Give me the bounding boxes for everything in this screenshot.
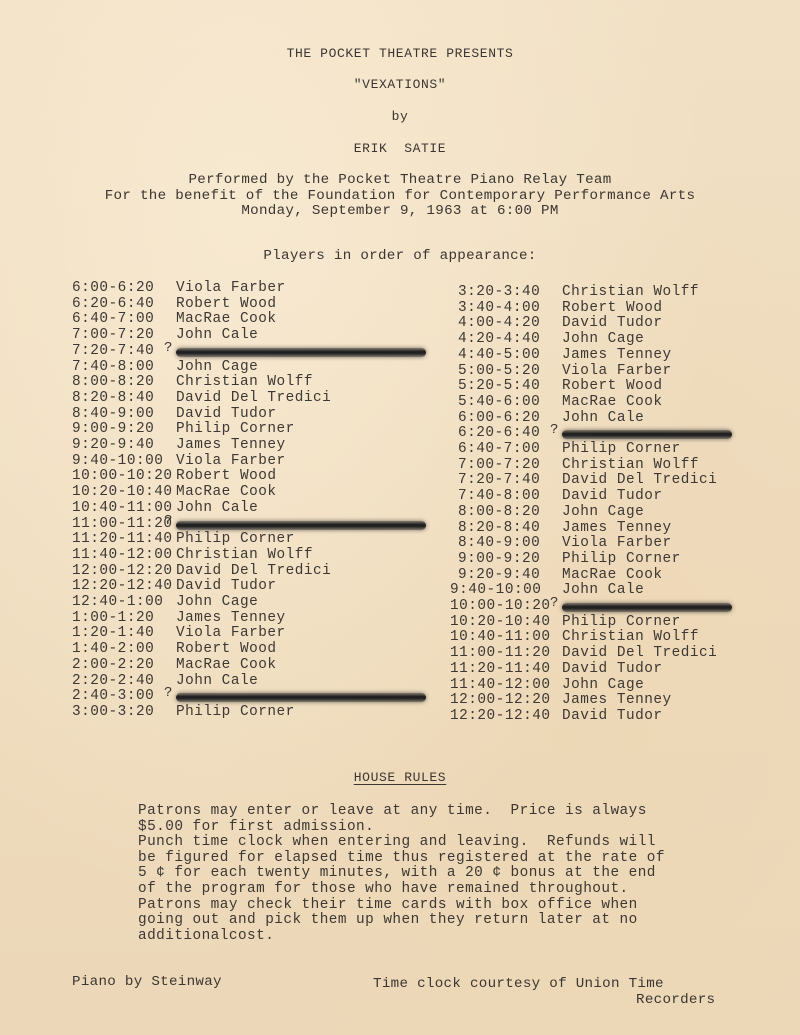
house-rule-line: Patrons may check their time cards with …: [138, 897, 638, 913]
time-slot: 5:00-5:20: [458, 363, 540, 379]
question-mark: ?: [164, 513, 173, 529]
player-name: MacRae Cook: [562, 394, 663, 410]
house-rule-line: going out and pick them up when they ret…: [138, 912, 638, 928]
player-name: David Tudor: [562, 315, 663, 331]
schedule-row: 9:00-9:20Philip Corner: [72, 421, 412, 437]
player-name: Christian Wolff: [562, 284, 699, 300]
time-slot: 9:00-9:20: [458, 551, 540, 567]
schedule-row: 9:20-9:40MacRae Cook: [450, 567, 790, 583]
time-slot: 3:20-3:40: [458, 284, 540, 300]
benefit-line: For the benefit of the Foundation for Co…: [0, 188, 800, 204]
player-name: Christian Wolff: [562, 629, 699, 645]
player-name: John Cage: [562, 331, 644, 347]
player-name: Viola Farber: [562, 535, 672, 551]
schedule-row: 12:40-1:00John Cage: [72, 594, 412, 610]
player-name: John Cale: [176, 673, 258, 689]
player-name: John Cage: [176, 594, 258, 610]
schedule-row: 11:00-11:20?: [72, 516, 412, 532]
player-name: David Del Tredici: [562, 472, 717, 488]
schedule-row: 2:40-3:00?: [72, 688, 412, 704]
player-name: John Cage: [562, 504, 644, 520]
time-slot: 11:00-11:20: [72, 516, 173, 532]
player-name: MacRae Cook: [562, 567, 663, 583]
players-heading: Players in order of appearance:: [0, 248, 800, 264]
schedule-row: 6:20-6:40Robert Wood: [72, 296, 412, 312]
time-slot: 6:00-6:20: [458, 410, 540, 426]
player-name: David Del Tredici: [176, 390, 331, 406]
schedule-row: 8:00-8:20John Cage: [450, 504, 790, 520]
time-slot: 9:40-10:00: [450, 582, 541, 598]
house-rule-line: additionalcost.: [138, 928, 274, 944]
time-slot: 10:00-10:20: [450, 598, 551, 614]
schedule-row: 5:40-6:00MacRae Cook: [450, 394, 790, 410]
question-mark: ?: [164, 685, 173, 701]
schedule-row: 10:40-11:00Christian Wolff: [450, 629, 790, 645]
time-slot: 6:00-6:20: [72, 280, 154, 296]
schedule-row: 8:20-8:40David Del Tredici: [72, 390, 412, 406]
schedule-row: 12:20-12:40David Tudor: [450, 708, 790, 724]
house-rule-line: be figured for elapsed time thus registe…: [138, 850, 665, 866]
time-slot: 8:40-9:00: [458, 535, 540, 551]
performed-by-line: Performed by the Pocket Theatre Piano Re…: [0, 172, 800, 188]
schedule-row: 7:40-8:00David Tudor: [450, 488, 790, 504]
schedule-row: 10:00-10:20?: [450, 598, 790, 614]
time-slot: 7:40-8:00: [72, 359, 154, 375]
redacted-name: [176, 348, 426, 357]
program-sheet: THE POCKET THEATRE PRESENTS "VEXATIONS" …: [0, 0, 800, 1035]
player-name: MacRae Cook: [176, 484, 277, 500]
schedule-row: 2:20-2:40John Cale: [72, 673, 412, 689]
schedule-row: 9:00-9:20Philip Corner: [450, 551, 790, 567]
time-slot: 10:20-10:40: [450, 614, 551, 630]
time-slot: 6:40-7:00: [458, 441, 540, 457]
time-clock-credit-line1: Time clock courtesy of Union Time: [373, 976, 664, 992]
player-name: James Tenney: [562, 692, 672, 708]
time-slot: 6:40-7:00: [72, 311, 154, 327]
time-slot: 4:20-4:40: [458, 331, 540, 347]
schedule-row: 6:00-6:20John Cale: [450, 410, 790, 426]
redacted-name: [562, 603, 732, 612]
time-slot: 2:20-2:40: [72, 673, 154, 689]
house-rule-line: Patrons may enter or leave at any time. …: [138, 803, 647, 819]
time-slot: 7:20-7:40: [72, 343, 154, 359]
player-name: James Tenney: [562, 520, 672, 536]
time-slot: 11:40-12:00: [72, 547, 173, 563]
schedule-row: 8:40-9:00David Tudor: [72, 406, 412, 422]
presenter-line: THE POCKET THEATRE PRESENTS: [0, 46, 800, 61]
question-mark: ?: [164, 340, 173, 356]
house-rule-line: Punch time clock when entering and leavi…: [138, 834, 656, 850]
schedule-row: 11:40-12:00Christian Wolff: [72, 547, 412, 563]
schedule-row: 6:20-6:40?: [450, 425, 790, 441]
schedule-row: 10:40-11:00John Cale: [72, 500, 412, 516]
schedule-row: 9:40-10:00Viola Farber: [72, 453, 412, 469]
schedule-row: 10:20-10:40MacRae Cook: [72, 484, 412, 500]
player-name: Christian Wolff: [176, 547, 313, 563]
time-slot: 6:20-6:40: [458, 425, 540, 441]
player-name: Robert Wood: [176, 641, 277, 657]
question-mark: ?: [550, 595, 559, 611]
schedule-row: 7:00-7:20John Cale: [72, 327, 412, 343]
player-name: David Del Tredici: [176, 563, 331, 579]
question-mark: ?: [550, 422, 559, 438]
schedule-row: 12:00-12:20James Tenney: [450, 692, 790, 708]
player-name: David Tudor: [176, 578, 277, 594]
time-slot: 8:20-8:40: [72, 390, 154, 406]
time-slot: 7:00-7:20: [458, 457, 540, 473]
schedule-row: 4:20-4:40John Cage: [450, 331, 790, 347]
time-slot: 9:20-9:40: [72, 437, 154, 453]
time-slot: 2:40-3:00: [72, 688, 154, 704]
work-title: "VEXATIONS": [0, 77, 800, 92]
time-slot: 12:20-12:40: [72, 578, 173, 594]
time-slot: 8:20-8:40: [458, 520, 540, 536]
player-name: John Cage: [562, 677, 644, 693]
house-rule-line: $5.00 for first admission.: [138, 819, 374, 835]
schedule-row: 3:00-3:20Philip Corner: [72, 704, 412, 720]
player-name: John Cale: [176, 500, 258, 516]
schedule-row: 7:20-7:40?: [72, 343, 412, 359]
schedule-row: 4:40-5:00James Tenney: [450, 347, 790, 363]
schedule-row: 3:40-4:00Robert Wood: [450, 300, 790, 316]
player-name: Robert Wood: [176, 296, 277, 312]
time-slot: 1:00-1:20: [72, 610, 154, 626]
schedule-row: 8:40-9:00Viola Farber: [450, 535, 790, 551]
player-name: James Tenney: [176, 437, 286, 453]
player-name: Robert Wood: [562, 300, 663, 316]
schedule-row: 3:20-3:40Christian Wolff: [450, 284, 790, 300]
schedule-row: 7:20-7:40David Del Tredici: [450, 472, 790, 488]
schedule-row: 1:00-1:20James Tenney: [72, 610, 412, 626]
time-clock-credit-line2: Recorders: [636, 992, 715, 1008]
player-name: David Tudor: [562, 661, 663, 677]
player-name: Philip Corner: [176, 704, 295, 720]
time-slot: 10:40-11:00: [72, 500, 173, 516]
time-slot: 4:40-5:00: [458, 347, 540, 363]
schedule-row: 8:20-8:40James Tenney: [450, 520, 790, 536]
time-slot: 6:20-6:40: [72, 296, 154, 312]
player-name: Philip Corner: [562, 551, 681, 567]
time-slot: 2:00-2:20: [72, 657, 154, 673]
player-name: James Tenney: [176, 610, 286, 626]
schedule-row: 7:40-8:00John Cage: [72, 359, 412, 375]
schedule-row: 1:20-1:40Viola Farber: [72, 625, 412, 641]
player-name: David Tudor: [562, 488, 663, 504]
time-slot: 8:00-8:20: [458, 504, 540, 520]
time-slot: 12:00-12:20: [450, 692, 551, 708]
player-name: John Cale: [176, 327, 258, 343]
time-slot: 11:20-11:40: [450, 661, 551, 677]
schedule-row: 11:20-11:40David Tudor: [450, 661, 790, 677]
player-name: Robert Wood: [176, 468, 277, 484]
player-name: Viola Farber: [176, 625, 286, 641]
house-rule-line: of the program for those who have remain…: [138, 881, 629, 897]
time-slot: 8:00-8:20: [72, 374, 154, 390]
time-slot: 11:40-12:00: [450, 677, 551, 693]
time-slot: 7:00-7:20: [72, 327, 154, 343]
schedule-row: 12:00-12:20David Del Tredici: [72, 563, 412, 579]
schedule-row: 7:00-7:20Christian Wolff: [450, 457, 790, 473]
by-line: by: [0, 109, 800, 124]
player-name: Viola Farber: [562, 363, 672, 379]
time-slot: 3:00-3:20: [72, 704, 154, 720]
time-slot: 12:40-1:00: [72, 594, 163, 610]
schedule-row: 2:00-2:20MacRae Cook: [72, 657, 412, 673]
schedule-row: 12:20-12:40David Tudor: [72, 578, 412, 594]
schedule-row: 5:00-5:20Viola Farber: [450, 363, 790, 379]
player-name: John Cale: [562, 410, 644, 426]
house-rules-title: HOUSE RULES: [0, 770, 800, 785]
player-name: Christian Wolff: [176, 374, 313, 390]
time-slot: 7:20-7:40: [458, 472, 540, 488]
schedule-row: 8:00-8:20Christian Wolff: [72, 374, 412, 390]
schedule-row: 6:40-7:00Philip Corner: [450, 441, 790, 457]
player-name: Christian Wolff: [562, 457, 699, 473]
time-slot: 12:20-12:40: [450, 708, 551, 724]
piano-credit: Piano by Steinway: [72, 974, 222, 990]
time-slot: 1:40-2:00: [72, 641, 154, 657]
player-name: John Cale: [562, 582, 644, 598]
player-name: Philip Corner: [562, 614, 681, 630]
schedule-row: 11:00-11:20David Del Tredici: [450, 645, 790, 661]
composer-name: ERIK SATIE: [0, 141, 800, 156]
time-slot: 10:40-11:00: [450, 629, 551, 645]
redacted-name: [176, 521, 426, 530]
time-slot: 5:20-5:40: [458, 378, 540, 394]
schedule-row: 9:40-10:00John Cale: [450, 582, 790, 598]
schedule-row: 11:20-11:40Philip Corner: [72, 531, 412, 547]
time-slot: 10:00-10:20: [72, 468, 173, 484]
schedule-row: 4:00-4:20David Tudor: [450, 315, 790, 331]
time-slot: 8:40-9:00: [72, 406, 154, 422]
house-rule-line: 5 ¢ for each twenty minutes, with a 20 ¢…: [138, 865, 656, 881]
schedule-row: 10:00-10:20Robert Wood: [72, 468, 412, 484]
time-slot: 3:40-4:00: [458, 300, 540, 316]
player-name: Philip Corner: [176, 421, 295, 437]
schedule-row: 6:00-6:20Viola Farber: [72, 280, 412, 296]
player-name: David Tudor: [562, 708, 663, 724]
date-line: Monday, September 9, 1963 at 6:00 PM: [0, 203, 800, 219]
time-slot: 9:20-9:40: [458, 567, 540, 583]
player-name: Robert Wood: [562, 378, 663, 394]
time-slot: 1:20-1:40: [72, 625, 154, 641]
time-slot: 7:40-8:00: [458, 488, 540, 504]
player-name: David Tudor: [176, 406, 277, 422]
time-slot: 12:00-12:20: [72, 563, 173, 579]
time-slot: 9:00-9:20: [72, 421, 154, 437]
schedule-row: 6:40-7:00MacRae Cook: [72, 311, 412, 327]
time-slot: 11:00-11:20: [450, 645, 551, 661]
player-name: MacRae Cook: [176, 311, 277, 327]
player-name: MacRae Cook: [176, 657, 277, 673]
player-name: Viola Farber: [176, 453, 286, 469]
player-name: John Cage: [176, 359, 258, 375]
time-slot: 9:40-10:00: [72, 453, 163, 469]
time-slot: 11:20-11:40: [72, 531, 173, 547]
player-name: Viola Farber: [176, 280, 286, 296]
schedule-row: 10:20-10:40Philip Corner: [450, 614, 790, 630]
player-name: Philip Corner: [562, 441, 681, 457]
schedule-row: 1:40-2:00Robert Wood: [72, 641, 412, 657]
schedule-row: 11:40-12:00John Cage: [450, 677, 790, 693]
time-slot: 4:00-4:20: [458, 315, 540, 331]
player-name: David Del Tredici: [562, 645, 717, 661]
redacted-name: [562, 430, 732, 439]
player-name: Philip Corner: [176, 531, 295, 547]
time-slot: 5:40-6:00: [458, 394, 540, 410]
time-slot: 10:20-10:40: [72, 484, 173, 500]
player-name: James Tenney: [562, 347, 672, 363]
redacted-name: [176, 693, 426, 702]
schedule-row: 5:20-5:40Robert Wood: [450, 378, 790, 394]
schedule-row: 9:20-9:40James Tenney: [72, 437, 412, 453]
